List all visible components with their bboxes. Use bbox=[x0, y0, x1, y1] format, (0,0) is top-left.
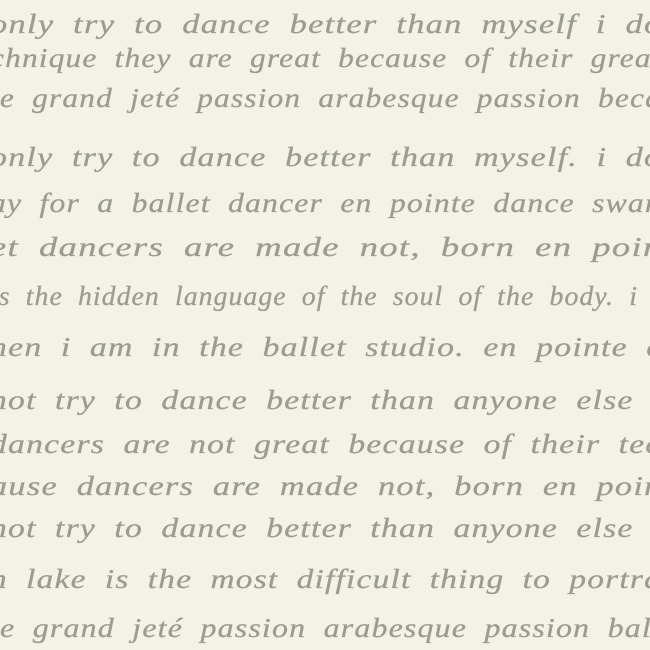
handwriting-line: dancers are not great because of their t… bbox=[0, 426, 650, 462]
handwriting-wallpaper: only try to dance better than myself i d… bbox=[0, 0, 650, 650]
handwriting-line: n lake is the most difficult thing to po… bbox=[0, 561, 650, 597]
handwriting-line: only try to dance better than myself i d… bbox=[0, 6, 650, 42]
handwriting-line: not try to dance better than anyone else… bbox=[0, 510, 650, 546]
handwriting-line: ause dancers are made not, born en poin bbox=[0, 468, 650, 504]
handwriting-line: te grand jeté passion arabesque passion … bbox=[0, 80, 650, 116]
handwriting-line: te grand jeté passion arabesque passion … bbox=[0, 610, 650, 646]
handwriting-line: chnique they are great because of their … bbox=[0, 40, 650, 76]
handwriting-line: ay for a ballet dancer en pointe dance s… bbox=[0, 185, 650, 221]
handwriting-line: is the hidden language of the soul of th… bbox=[0, 278, 650, 314]
handwriting-line: et dancers are made not, born en poin bbox=[0, 229, 650, 265]
handwriting-line: only try to dance better than myself. i … bbox=[0, 139, 650, 175]
handwriting-line: not try to dance better than anyone else… bbox=[0, 382, 650, 418]
handwriting-line: hen i am in the ballet studio. en pointe… bbox=[0, 329, 650, 365]
